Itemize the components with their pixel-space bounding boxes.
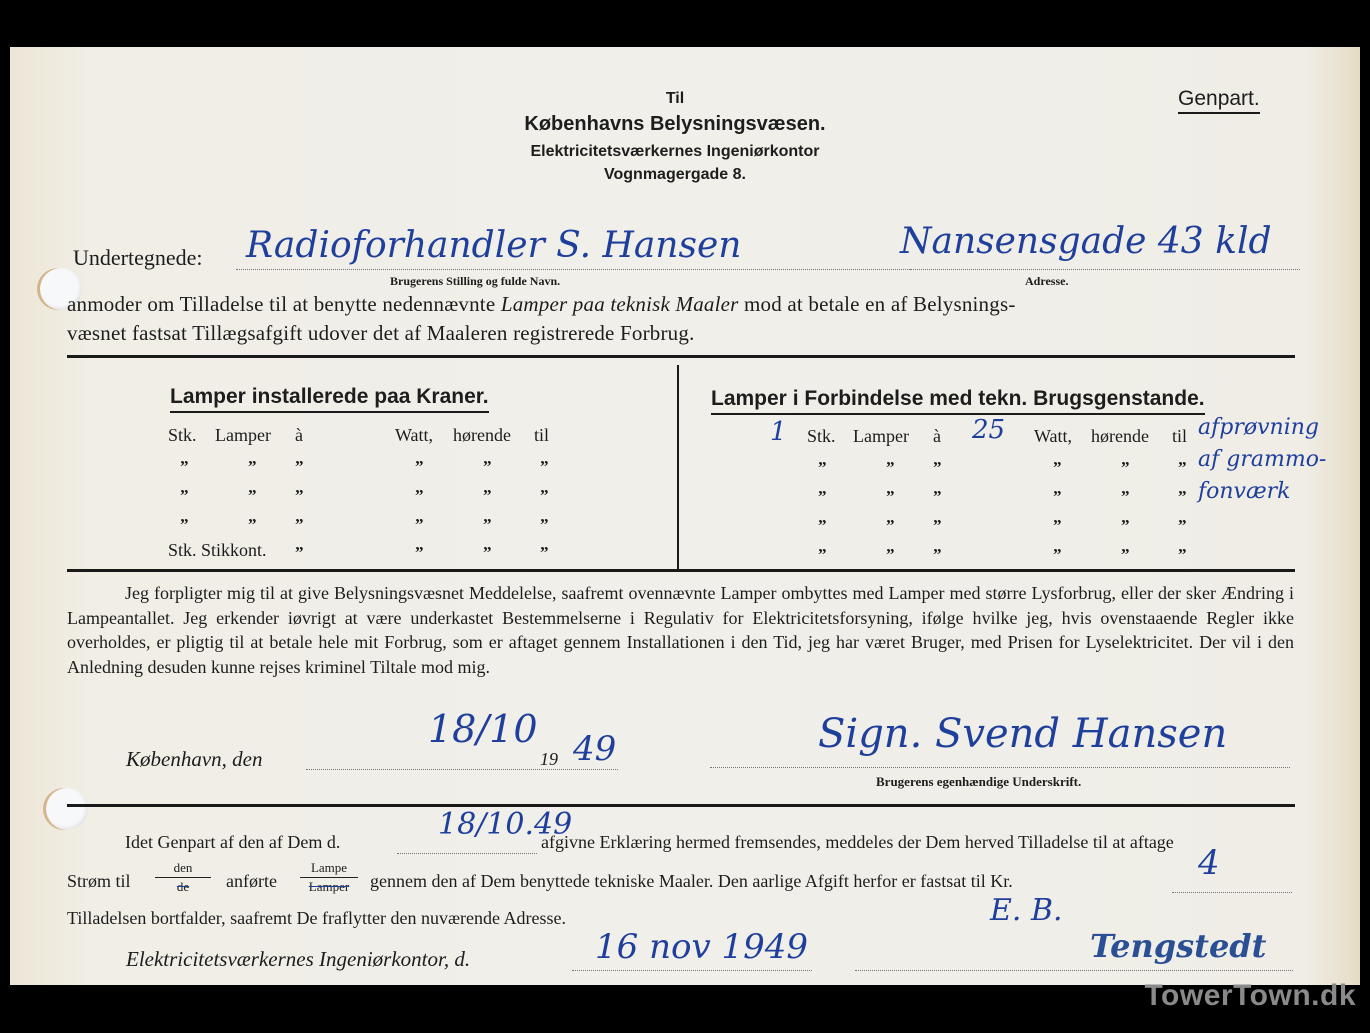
right-purpose-line-3[interactable]: fonværk <box>1198 479 1291 504</box>
approval-line-1-pre: Idet Genpart af den af Dem d. <box>125 832 340 853</box>
table-mid-divider <box>677 365 679 570</box>
left-hdr-a: à <box>295 425 303 446</box>
request-text: anmoder om Tilladelse til at benytte ned… <box>67 292 501 316</box>
right-table-title-text: Lamper i Forbindelse med tekn. Brugsgens… <box>711 387 1205 415</box>
ditto-mark: ” <box>886 458 895 478</box>
ditto-mark: ” <box>1053 487 1062 507</box>
ditto-mark: ” <box>415 515 424 535</box>
left-stikkont-label: Stk. Stikkont. <box>168 540 267 561</box>
left-hdr-horende: hørende <box>453 425 511 446</box>
ditto-mark: ” <box>886 516 895 536</box>
ditto-mark: ” <box>933 516 942 536</box>
ditto-mark: ” <box>1178 545 1187 565</box>
approval-date-field[interactable]: 16 nov 1949 <box>595 927 808 967</box>
right-hdr-til: til <box>1172 426 1187 447</box>
left-table-title-text: Lamper installerede paa Kraner. <box>170 385 489 413</box>
punch-hole-bottom <box>46 788 88 830</box>
ditto-mark: ” <box>540 515 549 535</box>
application-date-field[interactable]: 18/10 <box>428 707 538 751</box>
fee-line <box>1172 892 1292 893</box>
ditto-mark: ” <box>818 516 827 536</box>
watermark: TowerTown.dk <box>1144 979 1356 1013</box>
copy-label-text: Genpart. <box>1178 87 1260 110</box>
applicant-address-line <box>910 269 1300 270</box>
office-label: Elektricitetsværkernes Ingeniørkontor, d… <box>126 947 470 972</box>
official-signature-line <box>855 970 1293 971</box>
application-year-field[interactable]: 49 <box>573 729 616 769</box>
ditto-mark: ” <box>1053 516 1062 536</box>
approval-line-2-a: Strøm til <box>67 871 131 892</box>
fraction-top: den <box>155 859 211 877</box>
ditto-mark: ” <box>818 545 827 565</box>
ditto-mark: ” <box>248 515 257 535</box>
ditto-mark: ” <box>540 457 549 477</box>
ditto-mark: ” <box>483 486 492 506</box>
ditto-mark: ” <box>248 457 257 477</box>
ditto-mark: ” <box>415 543 424 563</box>
name-caption: Brugerens Stilling og fulde Navn. <box>390 274 560 289</box>
ditto-mark: ” <box>933 487 942 507</box>
left-hdr-stk: Stk. <box>168 425 197 446</box>
ditto-mark: ” <box>1121 545 1130 565</box>
ditto-mark: ” <box>933 458 942 478</box>
header-dept: Elektricitetsværkernes Ingeniørkontor <box>470 143 880 161</box>
user-signature-field[interactable]: Sign. Svend Hansen <box>818 711 1227 757</box>
request-italic-text: Lamper paa teknisk Maaler <box>501 292 739 316</box>
ditto-mark: ” <box>295 457 304 477</box>
applicant-name-line <box>236 269 996 270</box>
ditto-mark: ” <box>295 543 304 563</box>
approval-line-2-c: gennem den af Dem benyttede tekniske Maa… <box>370 871 1013 892</box>
header-org: Københavns Belysningsvæsen. <box>470 113 880 136</box>
fraction-bottom-struck: de <box>155 877 211 896</box>
left-hdr-lamper: Lamper <box>215 425 271 446</box>
right-purpose-line-1[interactable]: afprøvning <box>1198 415 1319 440</box>
ditto-mark: ” <box>886 545 895 565</box>
right-watt-field[interactable]: 25 <box>972 415 1005 445</box>
right-purpose-line-2[interactable]: af grammo- <box>1198 447 1326 472</box>
ditto-mark: ” <box>415 457 424 477</box>
ditto-mark: ” <box>933 545 942 565</box>
ditto-mark: ” <box>180 515 189 535</box>
left-table-title: Lamper installerede paa Kraner. <box>170 385 489 409</box>
official-initials[interactable]: E. B. <box>990 893 1063 928</box>
ditto-mark: ” <box>483 515 492 535</box>
right-qty-field[interactable]: 1 <box>770 417 787 447</box>
left-hdr-watt: Watt, <box>395 425 433 446</box>
signature-caption: Brugerens egenhændige Underskrift. <box>876 774 1081 790</box>
fraction-bottom-struck: Lamper <box>300 877 358 896</box>
ditto-mark: ” <box>1178 516 1187 536</box>
ditto-mark: ” <box>1121 516 1130 536</box>
approval-line-2-b: anførte <box>226 871 277 892</box>
ditto-mark: ” <box>886 487 895 507</box>
ditto-mark: ” <box>540 486 549 506</box>
office-date-line <box>572 970 812 971</box>
official-signature-field[interactable]: Tengstedt <box>1090 927 1266 965</box>
right-hdr-watt: Watt, <box>1034 426 1072 447</box>
annual-fee-field[interactable]: 4 <box>1198 843 1220 883</box>
place-label: København, den <box>126 747 262 772</box>
applicant-name-field[interactable]: Radioforhandler S. Hansen <box>246 225 741 266</box>
ditto-mark: ” <box>415 486 424 506</box>
year-prefix: 19 <box>540 749 558 770</box>
declaration-paragraph: Jeg forpligter mig til at give Belysning… <box>67 581 1294 679</box>
request-text-end: mod at betale en af Belysnings- <box>739 292 1016 316</box>
ditto-mark: ” <box>483 457 492 477</box>
ditto-mark: ” <box>248 486 257 506</box>
ditto-mark: ” <box>1053 545 1062 565</box>
address-caption: Adresse. <box>1025 274 1068 289</box>
approval-top-rule <box>67 804 1295 807</box>
fraction-top: Lampe <box>300 859 358 877</box>
ditto-mark: ” <box>483 543 492 563</box>
approval-line-3: Tilladelsen bortfalder, saafremt De fraf… <box>67 908 566 929</box>
approval-date-line <box>397 853 537 854</box>
right-hdr-lamper: Lamper <box>853 426 909 447</box>
copy-label: Genpart. <box>1178 87 1260 114</box>
ditto-mark: ” <box>295 515 304 535</box>
date-line <box>306 769 618 770</box>
ditto-mark: ” <box>1178 487 1187 507</box>
right-hdr-a: à <box>933 426 941 447</box>
request-line-2: væsnet fastsat Tillægsafgift udover det … <box>67 321 695 346</box>
applicant-address-field[interactable]: Nansensgade 43 kld <box>900 221 1272 262</box>
header-address: Vognmagergade 8. <box>550 166 800 184</box>
ditto-mark: ” <box>180 457 189 477</box>
ditto-mark: ” <box>818 458 827 478</box>
ditto-mark: ” <box>1178 458 1187 478</box>
form-document: Til Københavns Belysningsvæsen. Elektric… <box>10 47 1360 985</box>
ditto-mark: ” <box>295 486 304 506</box>
ditto-mark: ” <box>1121 487 1130 507</box>
right-hdr-stk: Stk. <box>807 426 836 447</box>
ditto-mark: ” <box>1053 458 1062 478</box>
left-hdr-til: til <box>534 425 549 446</box>
ditto-mark: ” <box>180 486 189 506</box>
table-top-rule <box>67 355 1295 358</box>
ditto-mark: ” <box>818 487 827 507</box>
approval-line-1-post: afgivne Erklæring hermed fremsendes, med… <box>541 832 1174 853</box>
fraction-lampe-lamper: Lampe Lamper <box>300 859 358 896</box>
request-line-1: anmoder om Tilladelse til at benytte ned… <box>67 292 1016 317</box>
signature-line <box>710 767 1290 768</box>
ditto-mark: ” <box>540 543 549 563</box>
fraction-den-de: den de <box>155 859 211 896</box>
header-to: Til <box>570 90 780 108</box>
applicant-label: Undertegnede: <box>73 245 203 271</box>
table-bottom-rule <box>67 569 1295 572</box>
right-hdr-horende: hørende <box>1091 426 1149 447</box>
ditto-mark: ” <box>1121 458 1130 478</box>
right-table-title: Lamper i Forbindelse med tekn. Brugsgens… <box>711 387 1205 411</box>
